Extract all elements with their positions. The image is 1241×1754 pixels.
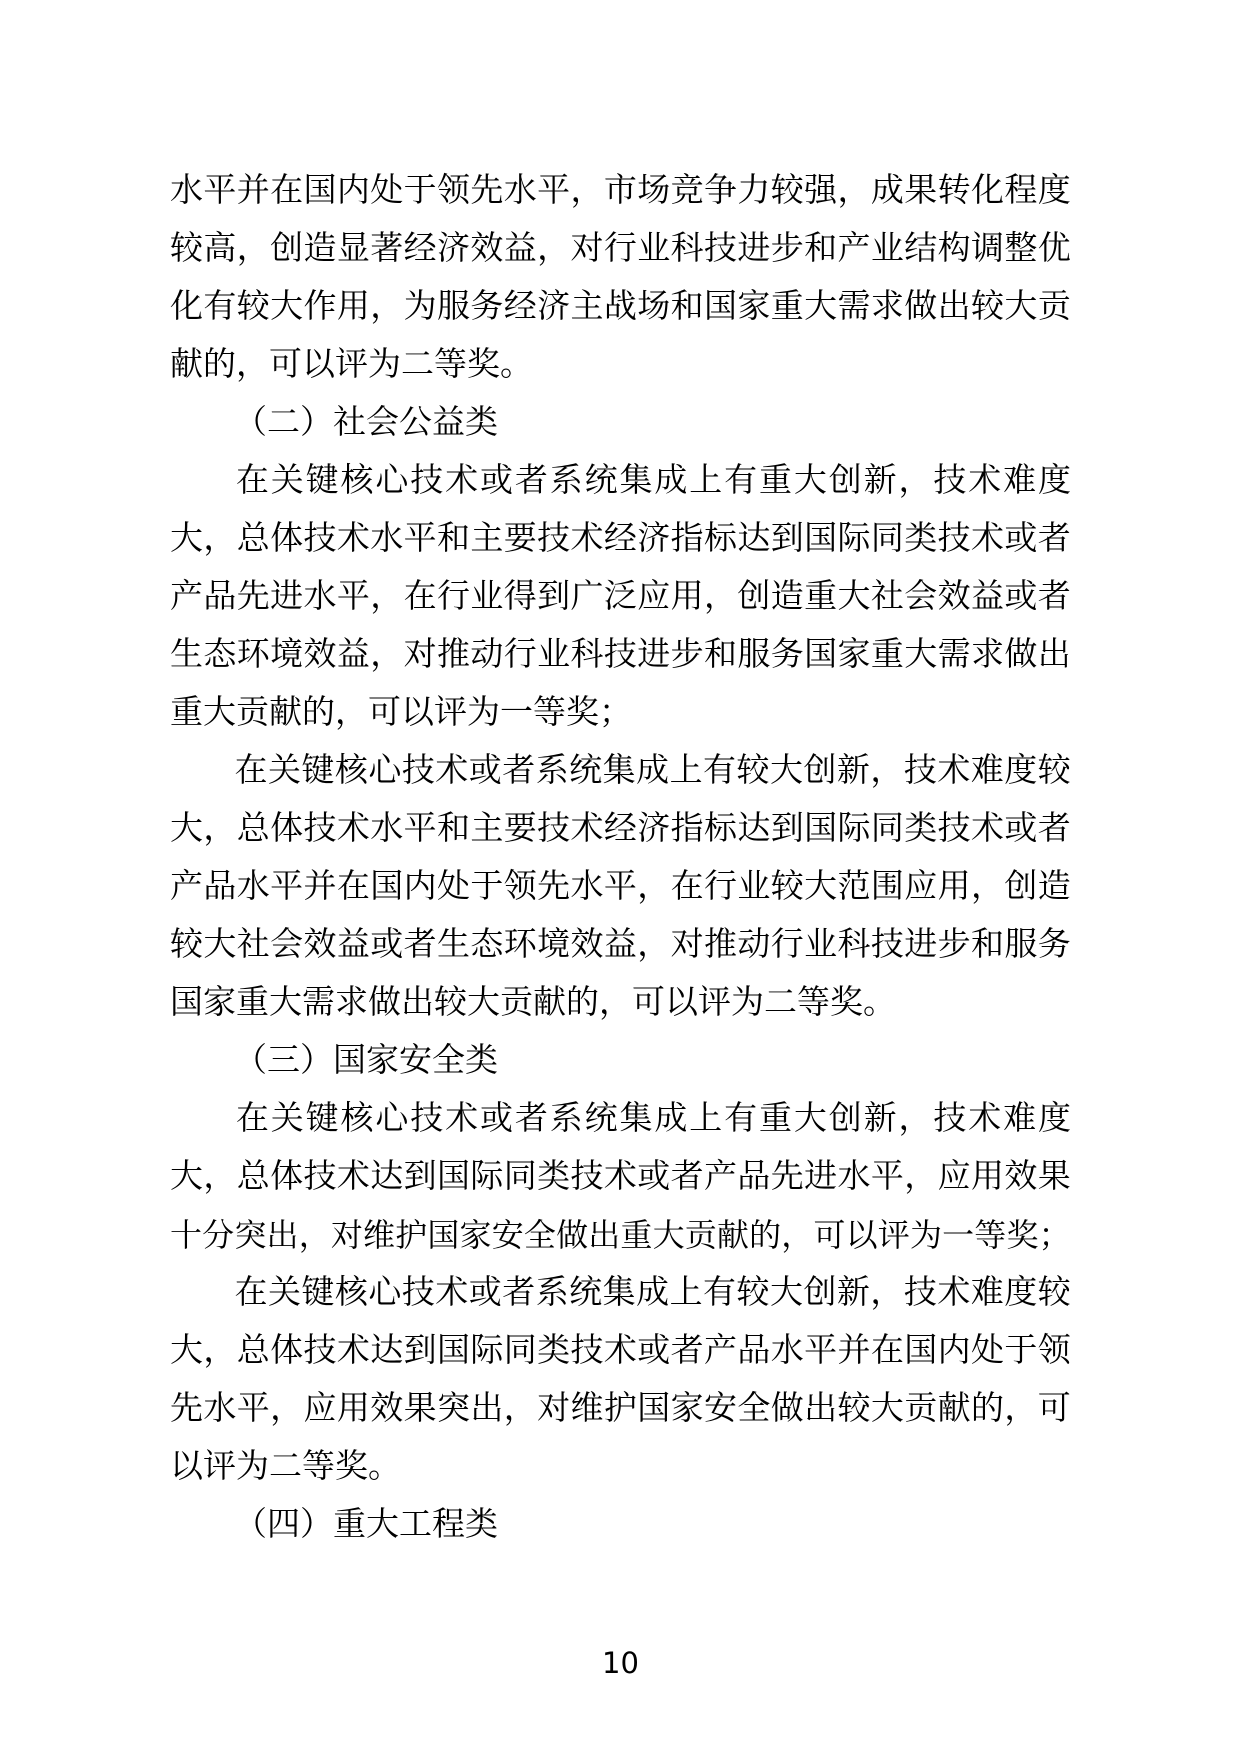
page-number: 10 [0,1646,1241,1680]
first-line-indent [170,1090,234,1148]
section-heading: （二）社会公益类 [170,394,1071,452]
text-line: 大，总体技术水平和主要技术经济指标达到国际同类技术或者 [170,800,1071,858]
text-line: 先水平，应用效果突出，对维护国家安全做出较大贡献的，可 [170,1380,1071,1438]
text-line: 十分突出，对维护国家安全做出重大贡献的，可以评为一等奖； [170,1206,1071,1264]
text-line: 水平并在国内处于领先水平，市场竞争力较强，成果转化程度 [170,162,1071,220]
text-line: 产品水平并在国内处于领先水平，在行业较大范围应用，创造 [170,858,1071,916]
first-line-indent [170,742,234,800]
text-line: 重大贡献的，可以评为一等奖； [170,684,1071,742]
text-line: 生态环境效益，对推动行业科技进步和服务国家重大需求做出 [170,626,1071,684]
text-line: 化有较大作用，为服务经济主战场和国家重大需求做出较大贡 [170,278,1071,336]
first-line-indent [170,1264,234,1322]
document-body: 水平并在国内处于领先水平，市场竞争力较强，成果转化程度较高，创造显著经济效益，对… [170,162,1071,1554]
text-line: 献的，可以评为二等奖。 [170,336,1071,394]
text-line: 国家重大需求做出较大贡献的，可以评为二等奖。 [170,974,1071,1032]
text-line: 大，总体技术达到国际同类技术或者产品水平并在国内处于领 [170,1322,1071,1380]
document-page: 水平并在国内处于领先水平，市场竞争力较强，成果转化程度较高，创造显著经济效益，对… [0,0,1241,1754]
text-line: 较高，创造显著经济效益，对行业科技进步和产业结构调整优 [170,220,1071,278]
section-heading: （三）国家安全类 [170,1032,1071,1090]
text-line: 较大社会效益或者生态环境效益，对推动行业科技进步和服务 [170,916,1071,974]
section-heading: （四）重大工程类 [170,1496,1071,1554]
text-line: 大，总体技术达到国际同类技术或者产品先进水平，应用效果 [170,1148,1071,1206]
text-line: 在关键核心技术或者系统集成上有重大创新，技术难度 [170,452,1071,510]
first-line-indent [170,452,234,510]
text-line: 大，总体技术水平和主要技术经济指标达到国际同类技术或者 [170,510,1071,568]
text-line: 在关键核心技术或者系统集成上有较大创新，技术难度较 [170,742,1071,800]
text-line: 在关键核心技术或者系统集成上有较大创新，技术难度较 [170,1264,1071,1322]
text-line: 产品先进水平，在行业得到广泛应用，创造重大社会效益或者 [170,568,1071,626]
text-line: 在关键核心技术或者系统集成上有重大创新，技术难度 [170,1090,1071,1148]
text-line: 以评为二等奖。 [170,1438,1071,1496]
